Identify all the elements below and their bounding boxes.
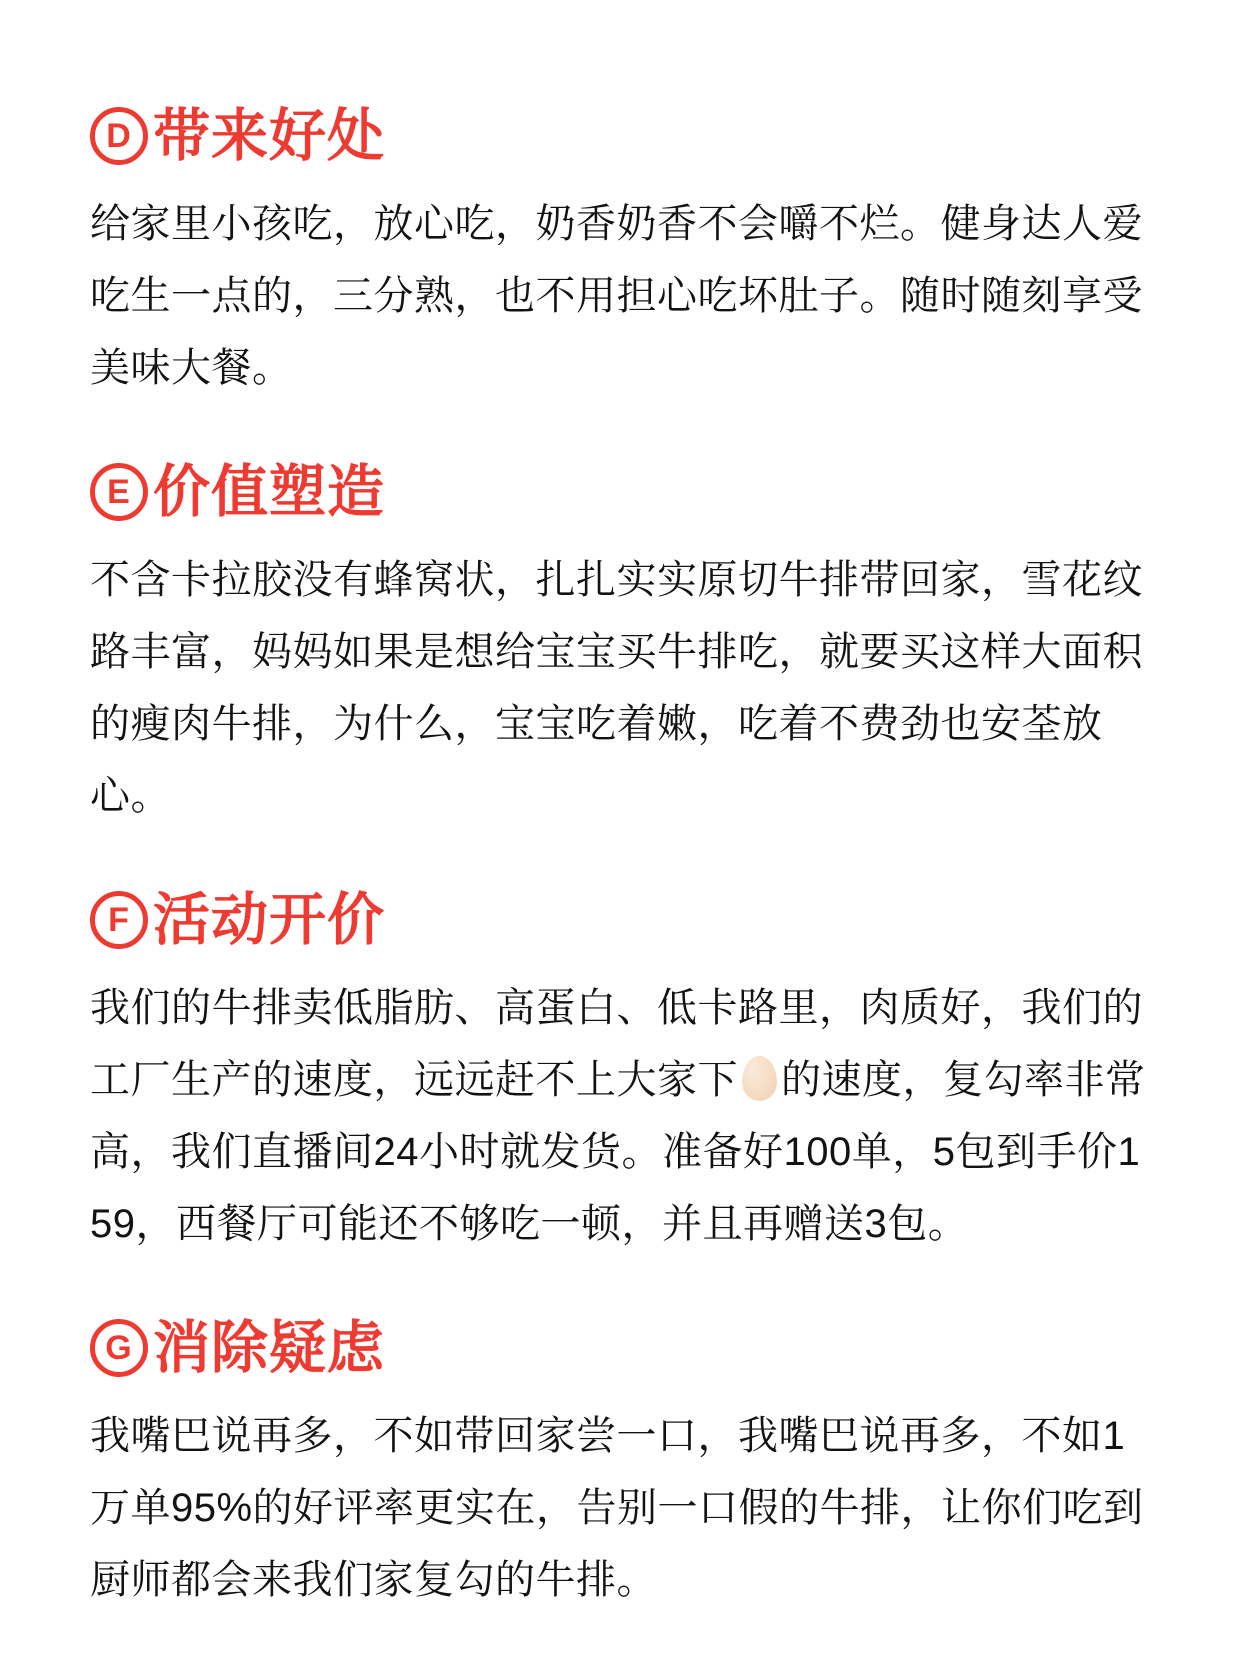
section-benefits-title: 带来好处 [153,108,385,165]
section-doubts: G 消除疑虑 我嘴巴说再多，不如带回家尝一口，我嘴巴说再多，不如1万单95%的好… [90,1312,1152,1616]
section-value-body: 不含卡拉胶没有蜂窝状，扎扎实实原切牛排带回家，雪花纹路丰富，妈妈如果是想给宝宝买… [90,544,1152,832]
section-benefits-heading: D 带来好处 [90,100,1152,172]
section-pricing-title: 活动开价 [153,892,385,949]
section-benefits-body: 给家里小孩吃，放心吃，奶香奶香不会嚼不烂。健身达人爱吃生一点的，三分熟，也不用担… [90,188,1152,404]
section-value-heading: E 价值塑造 [90,456,1152,528]
section-doubts-body: 我嘴巴说再多，不如带回家尝一口，我嘴巴说再多，不如1万单95%的好评率更实在，告… [90,1400,1152,1616]
section-value: E 价值塑造 不含卡拉胶没有蜂窝状，扎扎实实原切牛排带回家，雪花纹路丰富，妈妈如… [90,456,1152,832]
section-pricing-heading: F 活动开价 [90,884,1152,956]
section-benefits: D 带来好处 给家里小孩吃，放心吃，奶香奶香不会嚼不烂。健身达人爱吃生一点的，三… [90,100,1152,404]
circled-letter-f-icon: F [90,891,148,949]
egg-emoji [742,1056,777,1101]
sales-script-page: D 带来好处 给家里小孩吃，放心吃，奶香奶香不会嚼不烂。健身达人爱吃生一点的，三… [0,0,1242,1660]
section-pricing: F 活动开价 我们的牛排卖低脂肪、高蛋白、低卡路里，肉质好，我们的工厂生产的速度… [90,884,1152,1260]
section-doubts-title: 消除疑虑 [153,1320,385,1377]
circled-letter-d-icon: D [90,107,148,165]
circled-letter-g-icon: G [90,1319,148,1377]
section-doubts-heading: G 消除疑虑 [90,1312,1152,1384]
section-pricing-body: 我们的牛排卖低脂肪、高蛋白、低卡路里，肉质好，我们的工厂生产的速度，远远赶不上大… [90,972,1152,1260]
section-value-title: 价值塑造 [153,464,385,521]
circled-letter-e-icon: E [90,463,148,521]
